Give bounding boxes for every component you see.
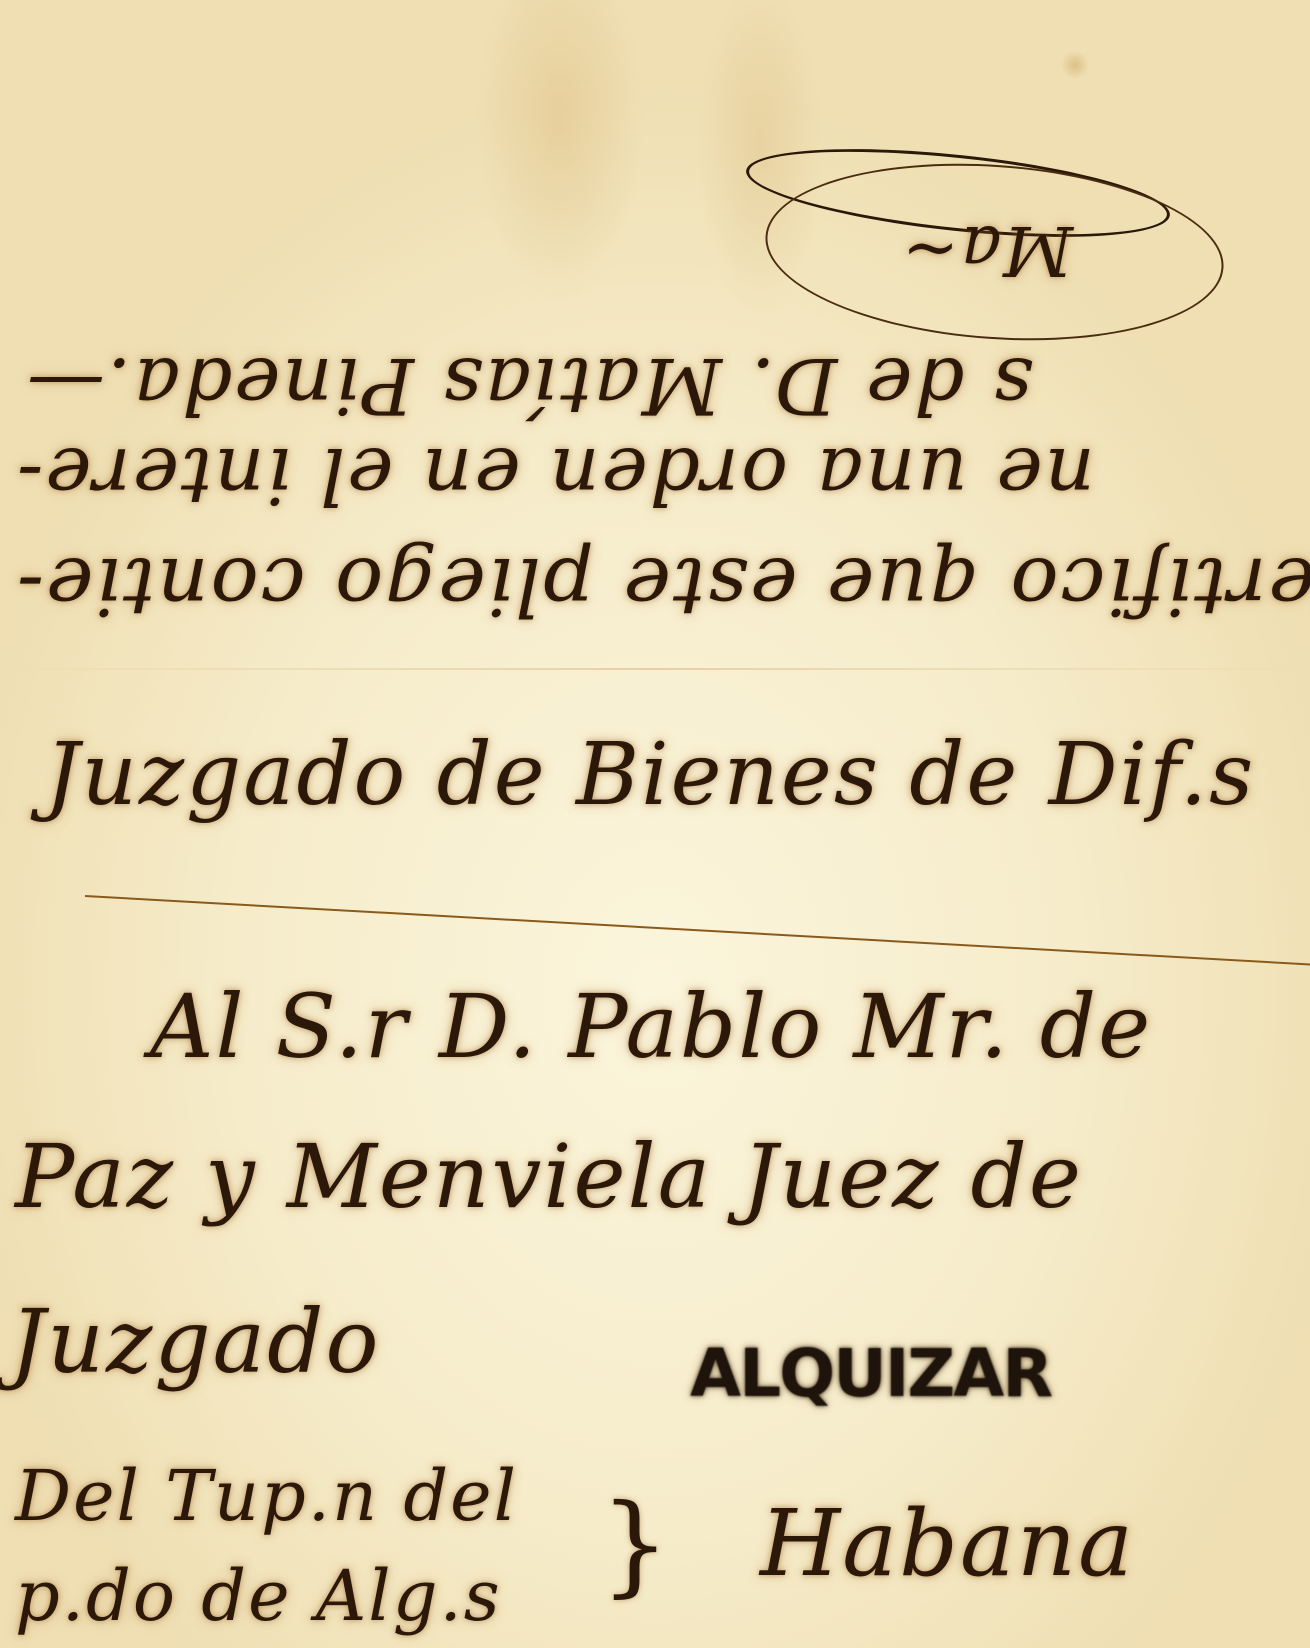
address-line-4a: Del Tup.n del (15, 1455, 518, 1537)
brace-mark: } (600, 1480, 670, 1608)
postmark-stamp: ALQUIZAR (690, 1335, 1051, 1412)
destination-habana: Habana (760, 1490, 1135, 1597)
heading-underline (85, 895, 1310, 966)
address-line-3: Juzgado (10, 1290, 380, 1393)
heading-juzgado: Juzgado de Bienes de Dif.s (45, 725, 1255, 825)
address-line-2: Paz y Menviela Juez de (15, 1125, 1083, 1228)
address-line-4b: p.do de Alg.s (15, 1555, 502, 1637)
inverted-line-2: ne una orden en el intere- (15, 430, 1095, 520)
signature-rubric: Ma~ (900, 210, 1073, 289)
inverted-line-3: s de D. Matías Pineda.— (25, 340, 1033, 430)
address-line-1: Al S.r D. Pablo Mr. de (150, 975, 1152, 1078)
document-page: Ma~ s de D. Matías Pineda.— ne una orden… (0, 0, 1310, 1648)
fold-line (0, 668, 1310, 670)
inverted-line-1: Certifico que este pliego contie- (15, 540, 1310, 633)
